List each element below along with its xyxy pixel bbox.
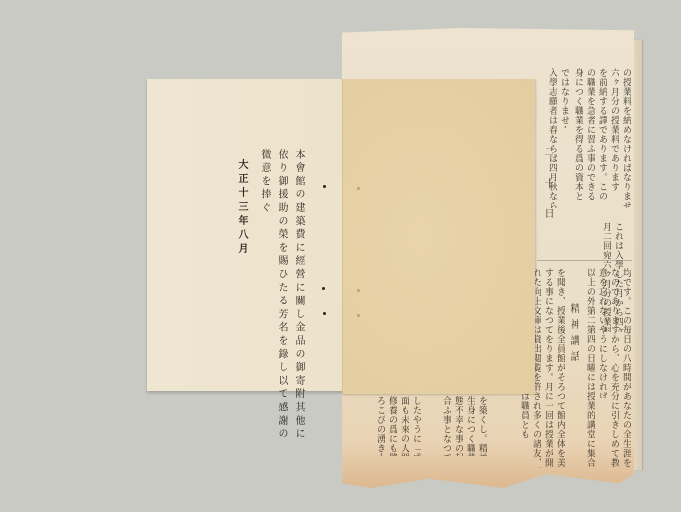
news-column: 身につく職業を得る爲の資本と bbox=[572, 68, 583, 208]
section-number: 十 bbox=[542, 178, 553, 190]
news-column: これは入學した月から四ヶ bbox=[612, 222, 623, 332]
section-number: 日 bbox=[542, 208, 553, 220]
binding-hole bbox=[323, 312, 326, 315]
binding-hole bbox=[357, 187, 360, 190]
news-column: 六ヶ月分の授業料であります bbox=[608, 68, 619, 208]
blank-tan-sheet bbox=[342, 79, 535, 394]
news-column: を前納する譯であります。この bbox=[596, 68, 607, 208]
dedication-line: 微意を捧ぐ bbox=[258, 149, 271, 229]
binding-hole bbox=[357, 289, 360, 292]
dedication-line: 依り御援助の榮を賜ひたる芳名を錄し以て感謝の bbox=[275, 149, 288, 379]
binding-hole bbox=[323, 185, 326, 188]
dedication-date: 大正十三年八月 bbox=[235, 159, 248, 249]
section-number: 二 bbox=[542, 146, 553, 158]
document-scene: にす すの のは 一く さ てあ 劇ず 書こ た學 書に 出 の授業料を納めなけ… bbox=[0, 0, 681, 512]
section-heading: 精神講話 bbox=[568, 303, 579, 363]
news-column: を聞き、授業後全員館がそろつて館内全体を美化する爲に大掃除を bbox=[554, 268, 565, 468]
news-column: ろこびの湧き上る楽土 bbox=[374, 396, 385, 456]
news-column: を築くし。精神を鍛錬 bbox=[476, 396, 487, 456]
news-column: したやうに「成功の bbox=[410, 396, 421, 456]
news-column: 修養の爲にも將來國 bbox=[386, 396, 397, 456]
news-column: の職業を急者に習ふ事のできる bbox=[584, 68, 595, 208]
news-column: 態不幸な事の起つた場 bbox=[452, 396, 463, 456]
news-column: 合ふ事となつてをりま bbox=[440, 396, 451, 456]
news-column: 生身につく職業を得つ bbox=[464, 396, 475, 456]
binding-hole bbox=[322, 287, 325, 290]
dedication-line: 本會館の建築費に經營に關し金品の御寄附其他に bbox=[292, 149, 305, 379]
news-column: ではなりません。 bbox=[558, 68, 569, 128]
news-column: 以上の外第二第四の日曜には授業的講堂に集合して bbox=[584, 268, 595, 468]
binding-hole bbox=[357, 314, 360, 317]
news-column: する事になつてをります。月に一回は授業が開かれ、最近讀物さ bbox=[542, 268, 553, 468]
pamphlet-page: 本會館の建築費に經營に關し金品の御寄附其他に 依り御援助の榮を賜ひたる芳名を錄し… bbox=[147, 79, 347, 391]
news-column: 面も未來の人間となる bbox=[398, 396, 409, 456]
news-column: 月二回宛六ヶ月分の授業料 bbox=[600, 222, 611, 332]
news-column: の授業料を納めなければなりません bbox=[620, 68, 631, 208]
